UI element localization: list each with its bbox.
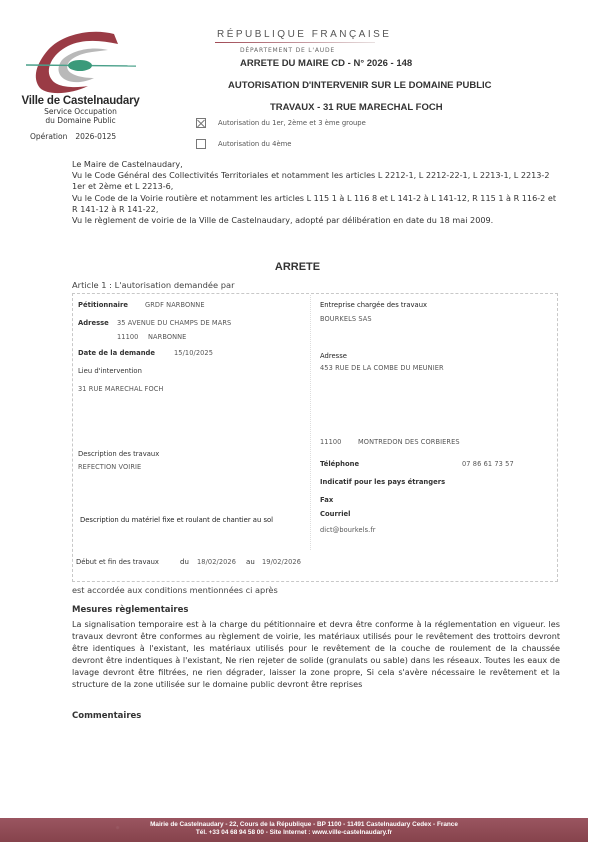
ent-city: MONTREDON DES CORBIERES xyxy=(358,438,460,446)
courriel-label: Courriel xyxy=(320,510,350,518)
fax-label: Fax xyxy=(320,496,333,504)
checkbox-label: Autorisation du 4ème xyxy=(218,140,291,148)
ent-postcode: 11100 xyxy=(320,438,341,446)
operation-number: 2026-0125 xyxy=(75,132,116,141)
preamble-line: Vu le règlement de voirie de la Ville de… xyxy=(72,215,562,226)
lieu-label: Lieu d'intervention xyxy=(78,367,142,375)
castelnaudary-logo-icon xyxy=(22,28,142,98)
preamble-line: Le Maire de Castelnaudary, xyxy=(72,159,562,170)
service-line-2: du Domaine Public xyxy=(18,116,143,125)
periode-du: du xyxy=(180,558,189,566)
commentaires-heading: Commentaires xyxy=(72,711,141,721)
travaux-location: TRAVAUX - 31 RUE MARECHAL FOCH xyxy=(270,102,570,113)
column-divider xyxy=(310,295,312,550)
footer: Mairie de Castelnaudary - 22, Cours de l… xyxy=(0,818,588,842)
entreprise-label: Entreprise chargée des travaux xyxy=(320,301,427,309)
periode-au: au xyxy=(246,558,255,566)
date-demande-value: 15/10/2025 xyxy=(174,349,213,357)
preamble-line: Vu le Code de la Voirie routière et nota… xyxy=(72,193,562,215)
description-value: REFECTION VOIRIE xyxy=(78,463,141,471)
republique-francaise: RÉPUBLIQUE FRANÇAISE xyxy=(217,29,391,40)
request-details-box xyxy=(72,293,558,582)
adresse-label: Adresse xyxy=(78,319,109,327)
periode-end: 19/02/2026 xyxy=(262,558,301,566)
accorde-text: est accordée aux conditions mentionnées … xyxy=(72,585,278,595)
ent-adresse-line: 453 RUE DE LA COMBE DU MEUNIER xyxy=(320,364,444,372)
periode-label: Début et fin des travaux xyxy=(76,558,159,566)
arrete-heading: ARRETE xyxy=(0,261,595,273)
checkbox-row-groupes-1-3[interactable]: Autorisation du 1er, 2ème et 3 ème group… xyxy=(196,118,366,128)
header-divider xyxy=(215,42,375,43)
ent-adresse-label: Adresse xyxy=(320,352,347,360)
preamble-line: Vu le Code Général des Collectivités Ter… xyxy=(72,170,562,192)
mesures-heading: Mesures règlementaires xyxy=(72,605,188,615)
telephone-value: 07 86 61 73 57 xyxy=(462,460,514,468)
periode-start: 18/02/2026 xyxy=(197,558,236,566)
adresse-city: NARBONNE xyxy=(148,333,186,341)
operation-label: Opération xyxy=(30,132,67,141)
checkbox-checked-icon[interactable] xyxy=(196,118,206,128)
city-name: Ville de Castelnaudary xyxy=(18,95,143,107)
adresse-postcode: 11100 xyxy=(117,333,138,341)
footer-contact: Tél. +33 04 68 94 58 00 - Site Internet … xyxy=(0,829,588,837)
city-logo xyxy=(22,28,142,98)
date-demande-label: Date de la demande xyxy=(78,349,155,357)
mesures-text: La signalisation temporaire est à la cha… xyxy=(72,618,560,690)
service-line-1: Service Occupation xyxy=(18,107,143,116)
footer-address: Mairie de Castelnaudary - 22, Cours de l… xyxy=(0,821,588,829)
petitionnaire-value: GRDF NARBONNE xyxy=(145,301,205,309)
entreprise-value: BOURKELS SAS xyxy=(320,315,372,323)
petitionnaire-label: Pétitionnaire xyxy=(78,301,128,309)
operation-reference: Opération2026-0125 xyxy=(30,132,116,141)
indicatif-label: Indicatif pour les pays étrangers xyxy=(320,478,445,486)
departement: DÉPARTEMENT DE L'AUDE xyxy=(240,47,335,54)
article-1: Article 1 : L'autorisation demandée par xyxy=(72,280,235,290)
preamble: Le Maire de Castelnaudary, Vu le Code Gé… xyxy=(72,159,562,226)
telephone-label: Téléphone xyxy=(320,460,359,468)
adresse-line: 35 AVENUE DU CHAMPS DE MARS xyxy=(117,319,231,327)
courriel-value: dict@bourkels.fr xyxy=(320,526,376,534)
arrete-title: ARRETE DU MAIRE CD - N° 2026 - 148 xyxy=(240,58,560,69)
checkbox-row-groupe-4[interactable]: Autorisation du 4ème xyxy=(196,139,291,149)
lieu-value: 31 RUE MARECHAL FOCH xyxy=(78,385,164,393)
service-name: Service Occupation du Domaine Public xyxy=(18,107,143,125)
checkbox-empty-icon[interactable] xyxy=(196,139,206,149)
arrete-subtitle: AUTORISATION D'INTERVENIR SUR LE DOMAINE… xyxy=(228,80,568,91)
materiel-label: Description du matériel fixe et roulant … xyxy=(80,516,273,524)
description-label: Description des travaux xyxy=(78,450,159,458)
checkbox-label: Autorisation du 1er, 2ème et 3 ème group… xyxy=(218,119,366,127)
